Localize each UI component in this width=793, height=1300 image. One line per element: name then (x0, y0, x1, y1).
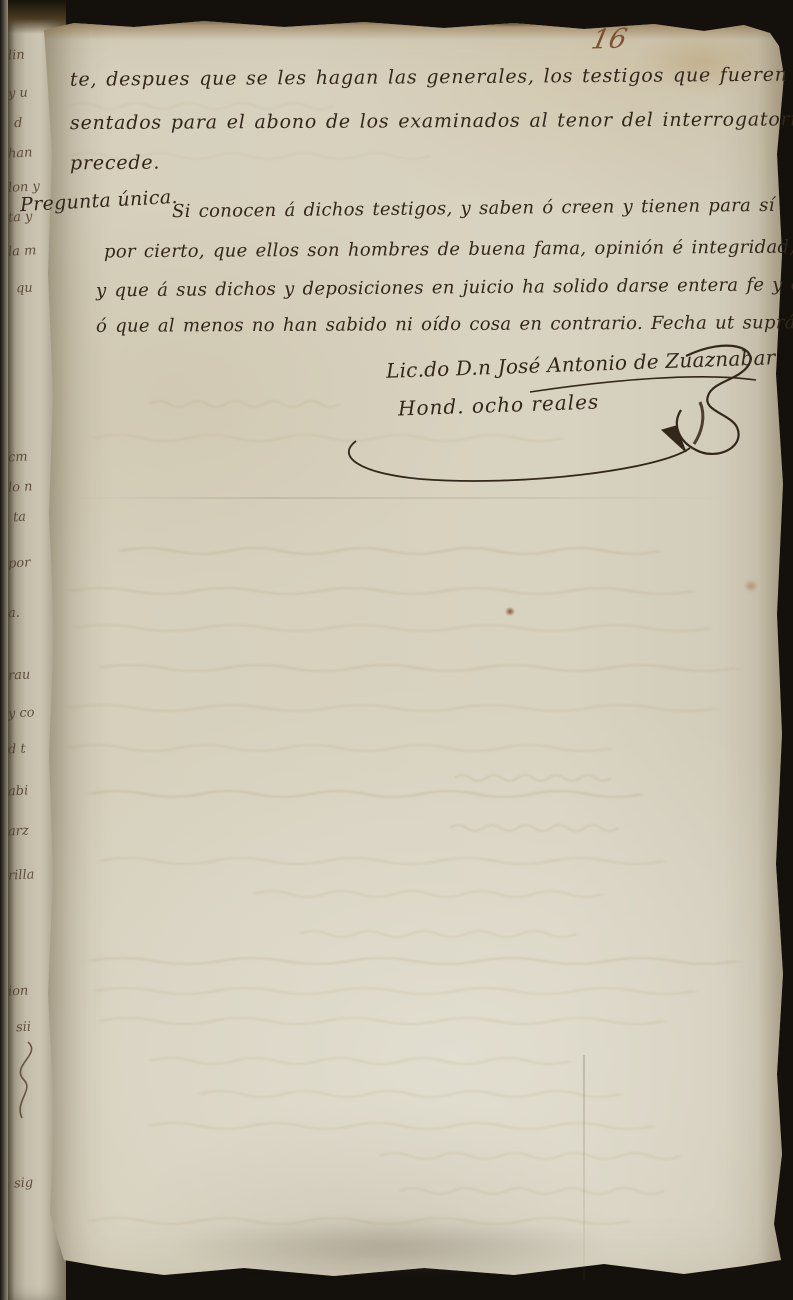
binding-fragment: cm (8, 449, 28, 465)
question-line: ó que al menos no han sabido ni oído cos… (96, 312, 793, 337)
binding-fragment: d t (8, 742, 26, 758)
binding-fragment: la m (8, 243, 37, 259)
binding-fragment: lin (8, 48, 25, 64)
binding-fragment: ion (8, 983, 29, 999)
binding-fragment: lo n (8, 479, 33, 495)
binding-fragment: rau (8, 667, 31, 683)
binding-fragment: arz (8, 823, 30, 839)
binding-fragment: qu (16, 281, 33, 297)
binding-fragment: a. (8, 606, 21, 622)
binding-fragment: sii (16, 1020, 32, 1036)
body-line: sentados para el abono de los examinados… (70, 108, 793, 134)
binding-fragment: ta (13, 510, 27, 526)
manuscript-scan: lin y u d han lon y ta y la m qu cm lo n… (0, 0, 793, 1300)
binding-fragment: rilla (8, 867, 35, 883)
folio-number: 16 (589, 23, 630, 55)
binding-fragment: sig (14, 1176, 34, 1192)
burnt-top-edge (44, 14, 784, 40)
binding-fragment: por (8, 555, 31, 571)
horizontal-crease (70, 497, 730, 499)
body-line: precede. (70, 152, 160, 175)
margin-flourish (8, 1040, 42, 1130)
binding-fragment: abi (8, 783, 29, 799)
binding-fragment: y co (8, 705, 35, 721)
binding-fragment: y u (8, 85, 29, 101)
binding-fragment: d (14, 116, 23, 131)
vertical-crease (583, 1055, 585, 1280)
binding-fragment: han (8, 145, 33, 161)
